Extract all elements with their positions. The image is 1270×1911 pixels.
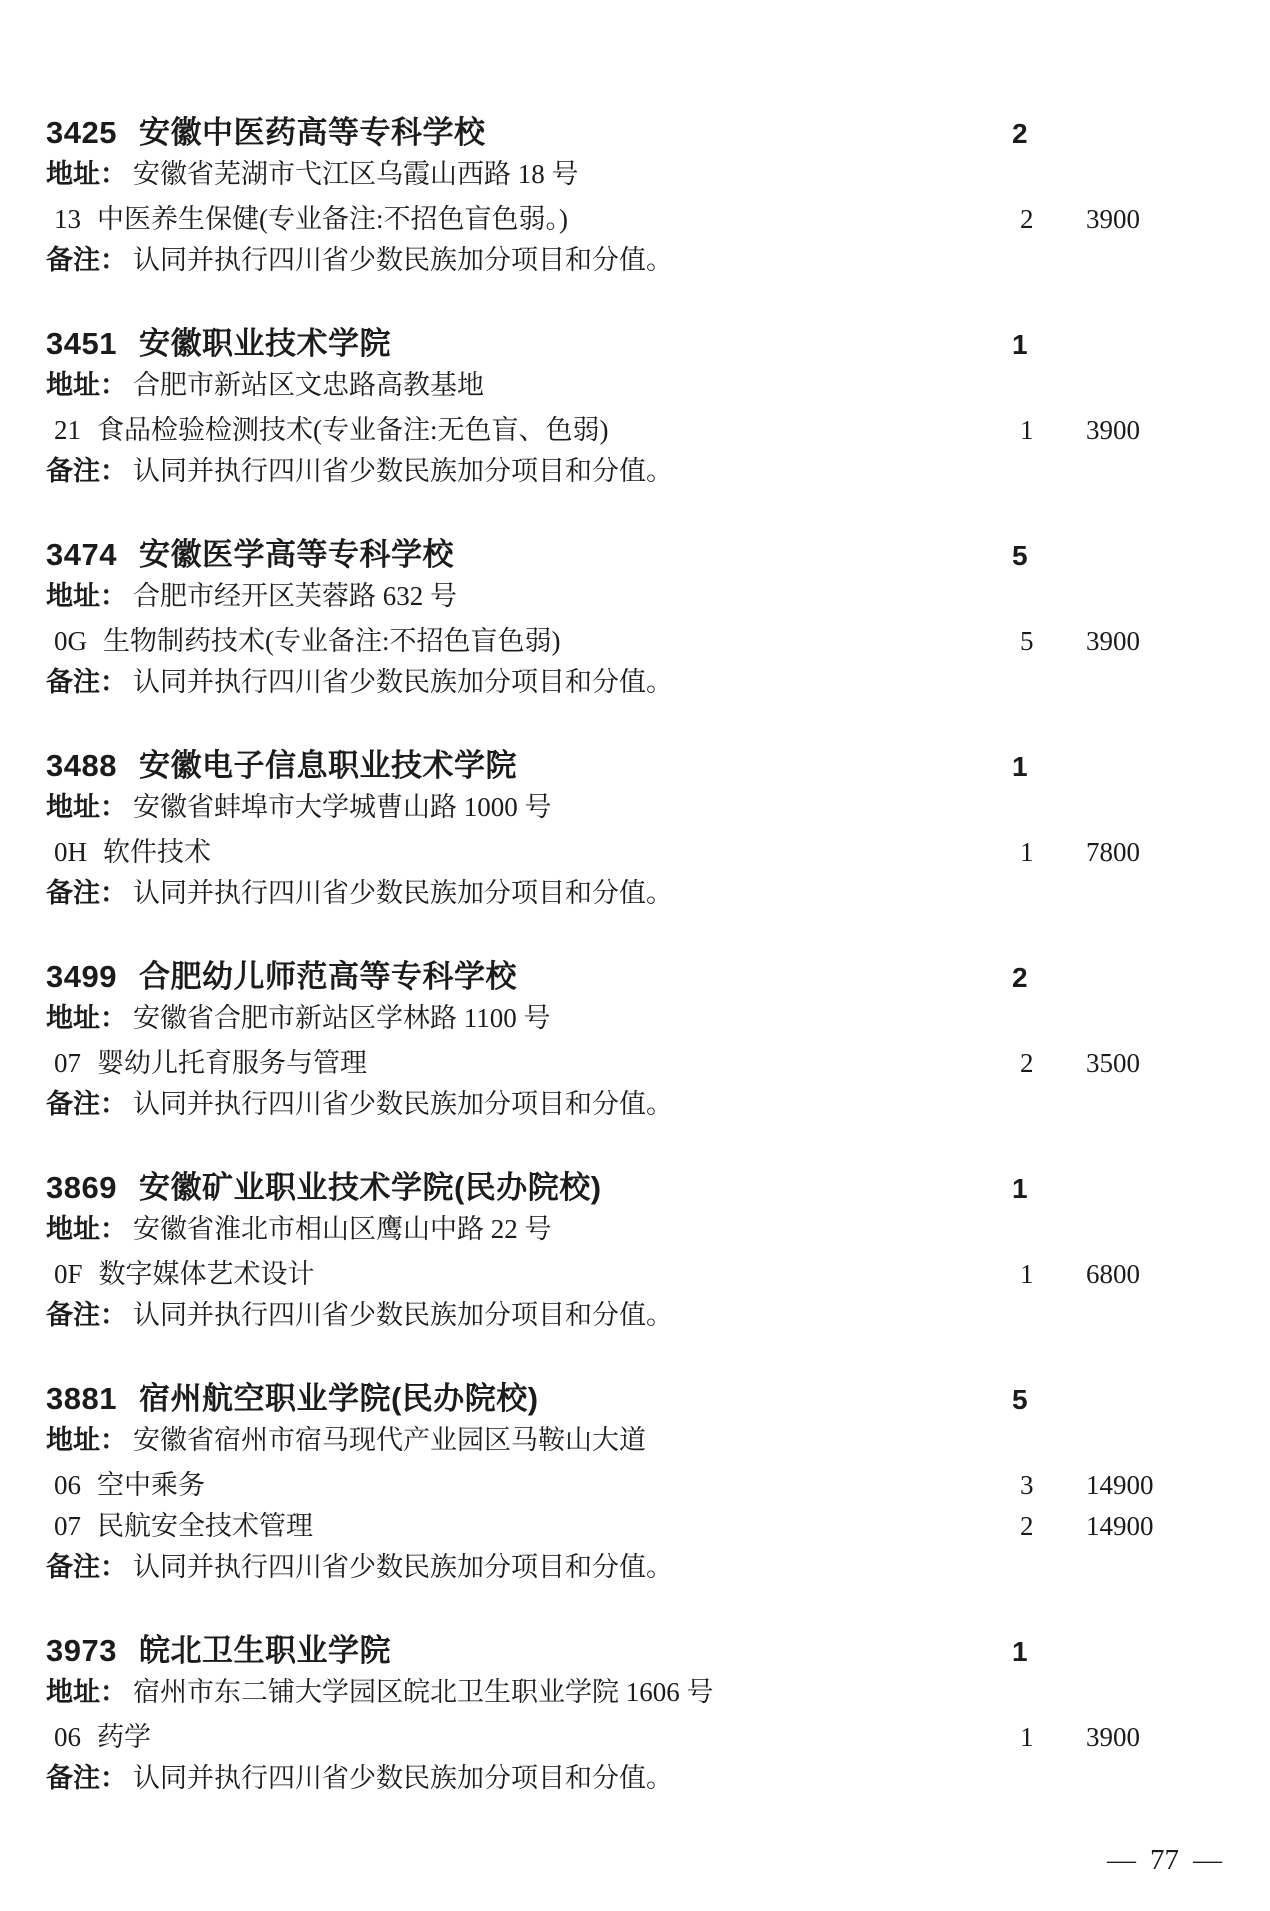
school-name: 安徽职业技术学院 <box>139 326 391 361</box>
school-title-row: 3881宿州航空职业学院(民办院校) 5 <box>46 1378 1270 1420</box>
note-label: 备注： <box>46 878 127 908</box>
major-name: 生物制药技术(专业备注:不招色盲色弱) <box>103 626 560 656</box>
school-code: 3425 <box>46 115 117 150</box>
note-label: 备注： <box>46 456 127 486</box>
address-label: 地址： <box>46 159 127 189</box>
school-name: 安徽中医药高等专科学校 <box>139 115 486 150</box>
major-code: 0F <box>54 1259 83 1289</box>
major-row: 07婴幼儿托育服务与管理 2 3500 <box>46 1043 1270 1084</box>
note-label: 备注： <box>46 1763 127 1793</box>
major-name: 中医养生保健(专业备注:不招色盲色弱。) <box>97 204 568 234</box>
major-code: 07 <box>54 1048 81 1078</box>
school-plan-count: 1 <box>998 746 1068 787</box>
school-code: 3474 <box>46 537 117 572</box>
major-name: 婴幼儿托育服务与管理 <box>97 1048 367 1078</box>
major-code: 0G <box>54 626 87 656</box>
school-block: 3881宿州航空职业学院(民办院校) 5 地址：安徽省宿州市宿马现代产业园区马鞍… <box>46 1378 1270 1592</box>
school-title-row: 3425安徽中医药高等专科学校 2 <box>46 112 1270 154</box>
school-name: 皖北卫生职业学院 <box>139 1633 391 1668</box>
major-fee: 14900 <box>1076 1465 1216 1506</box>
address-row: 地址：合肥市新站区文忠路高教基地 <box>46 365 1270 410</box>
major-row: 13中医养生保健(专业备注:不招色盲色弱。) 2 3900 <box>46 199 1270 240</box>
major-row: 06空中乘务 3 14900 <box>46 1465 1270 1506</box>
major-rows: 0G生物制药技术(专业备注:不招色盲色弱) 5 3900 <box>46 621 1270 662</box>
major-row: 0H软件技术 1 7800 <box>46 832 1270 873</box>
note-text: 认同并执行四川省少数民族加分项目和分值。 <box>133 878 673 908</box>
school-code: 3488 <box>46 748 117 783</box>
note-text: 认同并执行四川省少数民族加分项目和分值。 <box>133 1300 673 1330</box>
school-code: 3973 <box>46 1633 117 1668</box>
major-count: 1 <box>1006 832 1076 873</box>
school-plan-count: 1 <box>998 1168 1068 1209</box>
major-name: 空中乘务 <box>97 1470 205 1500</box>
address-label: 地址： <box>46 1425 127 1455</box>
school-code: 3869 <box>46 1170 117 1205</box>
address-row: 地址：安徽省合肥市新站区学林路 1100 号 <box>46 998 1270 1043</box>
major-rows: 06空中乘务 3 14900 07民航安全技术管理 2 14900 <box>46 1465 1270 1547</box>
address-text: 合肥市经开区芙蓉路 632 号 <box>133 581 457 611</box>
major-name: 食品检验检测技术(专业备注:无色盲、色弱) <box>97 415 608 445</box>
school-title-row: 3869安徽矿业职业技术学院(民办院校) 1 <box>46 1167 1270 1209</box>
major-count: 2 <box>1006 1506 1076 1547</box>
major-fee: 3900 <box>1076 199 1216 240</box>
address-row: 地址：宿州市东二铺大学园区皖北卫生职业学院 1606 号 <box>46 1672 1270 1717</box>
school-list: 3425安徽中医药高等专科学校 2 地址：安徽省芜湖市弋江区乌霞山西路 18 号… <box>46 112 1270 1803</box>
admission-plan-page: 3425安徽中医药高等专科学校 2 地址：安徽省芜湖市弋江区乌霞山西路 18 号… <box>0 0 1270 1911</box>
major-rows: 0F数字媒体艺术设计 1 6800 <box>46 1254 1270 1295</box>
note-row: 备注：认同并执行四川省少数民族加分项目和分值。 <box>46 451 1270 496</box>
major-row: 21食品检验检测技术(专业备注:无色盲、色弱) 1 3900 <box>46 410 1270 451</box>
address-label: 地址： <box>46 792 127 822</box>
school-code: 3451 <box>46 326 117 361</box>
school-plan-count: 2 <box>998 957 1068 998</box>
address-label: 地址： <box>46 1677 127 1707</box>
major-fee: 3900 <box>1076 621 1216 662</box>
major-code: 06 <box>54 1722 81 1752</box>
address-row: 地址：安徽省芜湖市弋江区乌霞山西路 18 号 <box>46 154 1270 199</box>
address-text: 宿州市东二铺大学园区皖北卫生职业学院 1606 号 <box>133 1677 714 1707</box>
major-rows: 0H软件技术 1 7800 <box>46 832 1270 873</box>
school-title-row: 3451安徽职业技术学院 1 <box>46 323 1270 365</box>
school-code: 3881 <box>46 1381 117 1416</box>
major-fee: 6800 <box>1076 1254 1216 1295</box>
major-code: 06 <box>54 1470 81 1500</box>
page-footer: — 77 — <box>1107 1844 1222 1877</box>
major-fee: 3500 <box>1076 1043 1216 1084</box>
major-name: 数字媒体艺术设计 <box>99 1259 315 1289</box>
address-row: 地址：安徽省宿州市宿马现代产业园区马鞍山大道 <box>46 1420 1270 1465</box>
address-text: 安徽省芜湖市弋江区乌霞山西路 18 号 <box>133 159 579 189</box>
footer-dash-left: — <box>1107 1844 1136 1877</box>
major-code: 07 <box>54 1511 81 1541</box>
address-label: 地址： <box>46 581 127 611</box>
major-code: 21 <box>54 415 81 445</box>
address-label: 地址： <box>46 1214 127 1244</box>
major-count: 1 <box>1006 1254 1076 1295</box>
note-row: 备注：认同并执行四川省少数民族加分项目和分值。 <box>46 1758 1270 1803</box>
school-block: 3973皖北卫生职业学院 1 地址：宿州市东二铺大学园区皖北卫生职业学院 160… <box>46 1630 1270 1803</box>
major-fee: 14900 <box>1076 1506 1216 1547</box>
major-name: 软件技术 <box>103 837 211 867</box>
note-label: 备注： <box>46 667 127 697</box>
major-name: 药学 <box>97 1722 151 1752</box>
note-row: 备注：认同并执行四川省少数民族加分项目和分值。 <box>46 1547 1270 1592</box>
school-block: 3488安徽电子信息职业技术学院 1 地址：安徽省蚌埠市大学城曹山路 1000 … <box>46 745 1270 918</box>
address-text: 安徽省蚌埠市大学城曹山路 1000 号 <box>133 792 552 822</box>
school-title-row: 3488安徽电子信息职业技术学院 1 <box>46 745 1270 787</box>
school-name: 合肥幼儿师范高等专科学校 <box>139 959 517 994</box>
major-fee: 3900 <box>1076 410 1216 451</box>
note-text: 认同并执行四川省少数民族加分项目和分值。 <box>133 1552 673 1582</box>
major-rows: 13中医养生保健(专业备注:不招色盲色弱。) 2 3900 <box>46 199 1270 240</box>
school-block: 3425安徽中医药高等专科学校 2 地址：安徽省芜湖市弋江区乌霞山西路 18 号… <box>46 112 1270 285</box>
note-text: 认同并执行四川省少数民族加分项目和分值。 <box>133 245 673 275</box>
note-text: 认同并执行四川省少数民族加分项目和分值。 <box>133 1763 673 1793</box>
school-block: 3451安徽职业技术学院 1 地址：合肥市新站区文忠路高教基地 21食品检验检测… <box>46 323 1270 496</box>
school-title-row: 3474安徽医学高等专科学校 5 <box>46 534 1270 576</box>
footer-dash-right: — <box>1193 1844 1222 1877</box>
major-name: 民航安全技术管理 <box>97 1511 313 1541</box>
major-fee: 7800 <box>1076 832 1216 873</box>
address-label: 地址： <box>46 1003 127 1033</box>
school-name: 安徽医学高等专科学校 <box>139 537 454 572</box>
school-name: 宿州航空职业学院(民办院校) <box>139 1381 539 1416</box>
major-rows: 21食品检验检测技术(专业备注:无色盲、色弱) 1 3900 <box>46 410 1270 451</box>
school-title-row: 3973皖北卫生职业学院 1 <box>46 1630 1270 1672</box>
major-row: 0F数字媒体艺术设计 1 6800 <box>46 1254 1270 1295</box>
school-block: 3474安徽医学高等专科学校 5 地址：合肥市经开区芙蓉路 632 号 0G生物… <box>46 534 1270 707</box>
address-text: 合肥市新站区文忠路高教基地 <box>133 370 484 400</box>
page-number: 77 <box>1150 1844 1179 1877</box>
school-code: 3499 <box>46 959 117 994</box>
major-count: 1 <box>1006 410 1076 451</box>
address-row: 地址：安徽省蚌埠市大学城曹山路 1000 号 <box>46 787 1270 832</box>
major-row: 0G生物制药技术(专业备注:不招色盲色弱) 5 3900 <box>46 621 1270 662</box>
major-fee: 3900 <box>1076 1717 1216 1758</box>
major-code: 13 <box>54 204 81 234</box>
address-row: 地址：安徽省淮北市相山区鹰山中路 22 号 <box>46 1209 1270 1254</box>
school-plan-count: 1 <box>998 1631 1068 1672</box>
note-label: 备注： <box>46 245 127 275</box>
major-rows: 06药学 1 3900 <box>46 1717 1270 1758</box>
note-label: 备注： <box>46 1089 127 1119</box>
school-plan-count: 5 <box>998 535 1068 576</box>
major-count: 1 <box>1006 1717 1076 1758</box>
major-row: 06药学 1 3900 <box>46 1717 1270 1758</box>
note-row: 备注：认同并执行四川省少数民族加分项目和分值。 <box>46 873 1270 918</box>
major-row: 07民航安全技术管理 2 14900 <box>46 1506 1270 1547</box>
note-row: 备注：认同并执行四川省少数民族加分项目和分值。 <box>46 1084 1270 1129</box>
note-label: 备注： <box>46 1300 127 1330</box>
note-row: 备注：认同并执行四川省少数民族加分项目和分值。 <box>46 1295 1270 1340</box>
school-plan-count: 5 <box>998 1379 1068 1420</box>
note-row: 备注：认同并执行四川省少数民族加分项目和分值。 <box>46 240 1270 285</box>
major-count: 3 <box>1006 1465 1076 1506</box>
school-block: 3499合肥幼儿师范高等专科学校 2 地址：安徽省合肥市新站区学林路 1100 … <box>46 956 1270 1129</box>
address-text: 安徽省淮北市相山区鹰山中路 22 号 <box>133 1214 552 1244</box>
school-block: 3869安徽矿业职业技术学院(民办院校) 1 地址：安徽省淮北市相山区鹰山中路 … <box>46 1167 1270 1340</box>
school-title-row: 3499合肥幼儿师范高等专科学校 2 <box>46 956 1270 998</box>
school-name: 安徽矿业职业技术学院(民办院校) <box>139 1170 602 1205</box>
school-plan-count: 2 <box>998 113 1068 154</box>
note-text: 认同并执行四川省少数民族加分项目和分值。 <box>133 1089 673 1119</box>
school-plan-count: 1 <box>998 324 1068 365</box>
address-label: 地址： <box>46 370 127 400</box>
address-text: 安徽省合肥市新站区学林路 1100 号 <box>133 1003 551 1033</box>
address-text: 安徽省宿州市宿马现代产业园区马鞍山大道 <box>133 1425 646 1455</box>
note-text: 认同并执行四川省少数民族加分项目和分值。 <box>133 456 673 486</box>
note-text: 认同并执行四川省少数民族加分项目和分值。 <box>133 667 673 697</box>
address-row: 地址：合肥市经开区芙蓉路 632 号 <box>46 576 1270 621</box>
major-count: 5 <box>1006 621 1076 662</box>
major-count: 2 <box>1006 1043 1076 1084</box>
school-name: 安徽电子信息职业技术学院 <box>139 748 517 783</box>
note-row: 备注：认同并执行四川省少数民族加分项目和分值。 <box>46 662 1270 707</box>
major-rows: 07婴幼儿托育服务与管理 2 3500 <box>46 1043 1270 1084</box>
major-count: 2 <box>1006 199 1076 240</box>
note-label: 备注： <box>46 1552 127 1582</box>
major-code: 0H <box>54 837 87 867</box>
